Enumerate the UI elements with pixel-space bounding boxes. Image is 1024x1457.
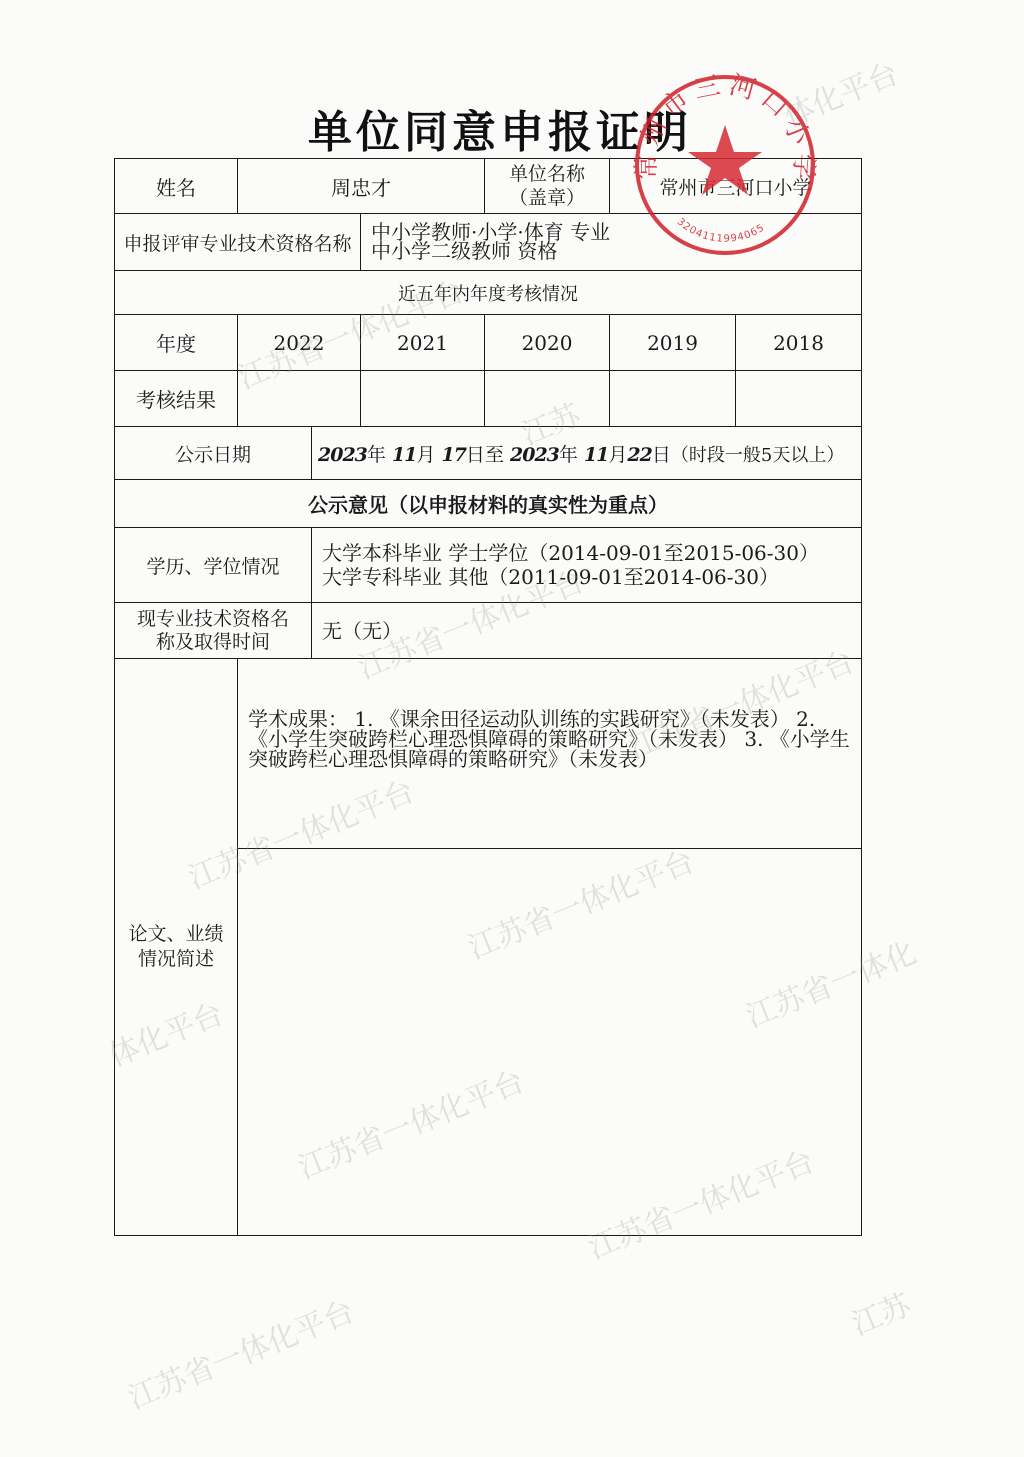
result-cell [485, 371, 610, 427]
row-papers-achievements: 论文、业绩 情况简述 学术成果： 1. 《课余田径运动队训练的实践研究》（未发表… [115, 659, 862, 849]
result-cell [610, 371, 736, 427]
unit-label-line1: 单位名称 [485, 162, 609, 186]
document-title: 单位同意申报证明 [0, 96, 1000, 160]
qualification-label: 申报评审专业技术资格名称 [115, 214, 361, 271]
to-char: 至 [485, 444, 504, 466]
year-cell: 2022 [238, 315, 361, 371]
start-year: 2023 [318, 444, 367, 466]
education-label: 学历、学位情况 [115, 528, 312, 603]
row-name-unit: 姓名 周忠才 单位名称 （盖章） 常州市三河口小学 [115, 159, 862, 214]
publicity-date-label: 公示日期 [115, 427, 312, 480]
year-cell: 2020 [485, 315, 610, 371]
date-note: （时段一般5天以上） [671, 445, 844, 466]
qualification-value: 中小学教师·小学·体育 专业 中小学二级教师 资格 [361, 214, 862, 271]
assessment-section-title: 近五年内年度考核情况 [115, 271, 862, 315]
year-cell: 2021 [361, 315, 485, 371]
papers-label-line1: 论文、业绩 [115, 922, 237, 947]
day-char: 日 [466, 444, 485, 466]
month-char: 月 [608, 444, 627, 466]
watermark: 江苏 [844, 1280, 916, 1343]
year-char: 年 [559, 444, 578, 466]
unit-value: 常州市三河口小学 [610, 159, 862, 214]
end-month: 11 [584, 444, 608, 466]
end-year: 2023 [510, 444, 559, 466]
row-education: 学历、学位情况 大学本科毕业 学士学位（2014-09-01至2015-06-3… [115, 528, 862, 603]
name-value: 周忠才 [238, 159, 485, 214]
start-day: 17 [441, 444, 465, 466]
end-day: 22 [627, 444, 651, 466]
papers-second-block [238, 849, 862, 1236]
opinion-title: 公示意见（以申报材料的真实性为重点） [115, 480, 862, 528]
publicity-date-value: 2023年 11月 17日至 2023年 11月22日（时段一般5天以上） [312, 427, 862, 480]
row-results: 考核结果 [115, 371, 862, 427]
current-qualification-label: 现专业技术资格名 称及取得时间 [115, 603, 312, 659]
year-label: 年度 [115, 315, 238, 371]
day-char: 日 [652, 444, 671, 466]
papers-label: 论文、业绩 情况简述 [115, 659, 238, 1236]
month-char: 月 [416, 444, 435, 466]
start-month: 11 [392, 444, 416, 466]
watermark: 江苏省一体化平台 [120, 1287, 359, 1418]
row-assessment-title: 近五年内年度考核情况 [115, 271, 862, 315]
row-opinion-title: 公示意见（以申报材料的真实性为重点） [115, 480, 862, 528]
row-years: 年度 2022 2021 2020 2019 2018 [115, 315, 862, 371]
education-value: 大学本科毕业 学士学位（2014-09-01至2015-06-30） 大学专科毕… [312, 528, 862, 603]
year-cell: 2018 [736, 315, 862, 371]
result-cell [361, 371, 485, 427]
row-qualification: 申报评审专业技术资格名称 中小学教师·小学·体育 专业 中小学二级教师 资格 [115, 214, 862, 271]
year-char: 年 [367, 444, 386, 466]
education-line1: 大学本科毕业 学士学位（2014-09-01至2015-06-30） [322, 541, 861, 565]
result-cell [736, 371, 862, 427]
papers-label-line2: 情况简述 [115, 947, 237, 972]
current-qualification-label-line2: 称及取得时间 [115, 631, 311, 654]
year-cell: 2019 [610, 315, 736, 371]
row-publicity-date: 公示日期 2023年 11月 17日至 2023年 11月22日（时段一般5天以… [115, 427, 862, 480]
education-line2: 大学专科毕业 其他（2011-09-01至2014-06-30） [322, 565, 861, 589]
name-label: 姓名 [115, 159, 238, 214]
current-qualification-label-line1: 现专业技术资格名 [115, 608, 311, 631]
result-cell [238, 371, 361, 427]
qualification-line2: 中小学二级教师 资格 [371, 242, 861, 261]
unit-label-line2: （盖章） [485, 186, 609, 210]
papers-achievements: 学术成果： 1. 《课余田径运动队训练的实践研究》（未发表） 2. 《小学生突破… [238, 659, 862, 849]
application-form-table: 姓名 周忠才 单位名称 （盖章） 常州市三河口小学 申报评审专业技术资格名称 中… [114, 158, 862, 1236]
unit-label: 单位名称 （盖章） [485, 159, 610, 214]
row-current-qualification: 现专业技术资格名 称及取得时间 无（无） [115, 603, 862, 659]
result-label: 考核结果 [115, 371, 238, 427]
current-qualification-value: 无（无） [312, 603, 862, 659]
